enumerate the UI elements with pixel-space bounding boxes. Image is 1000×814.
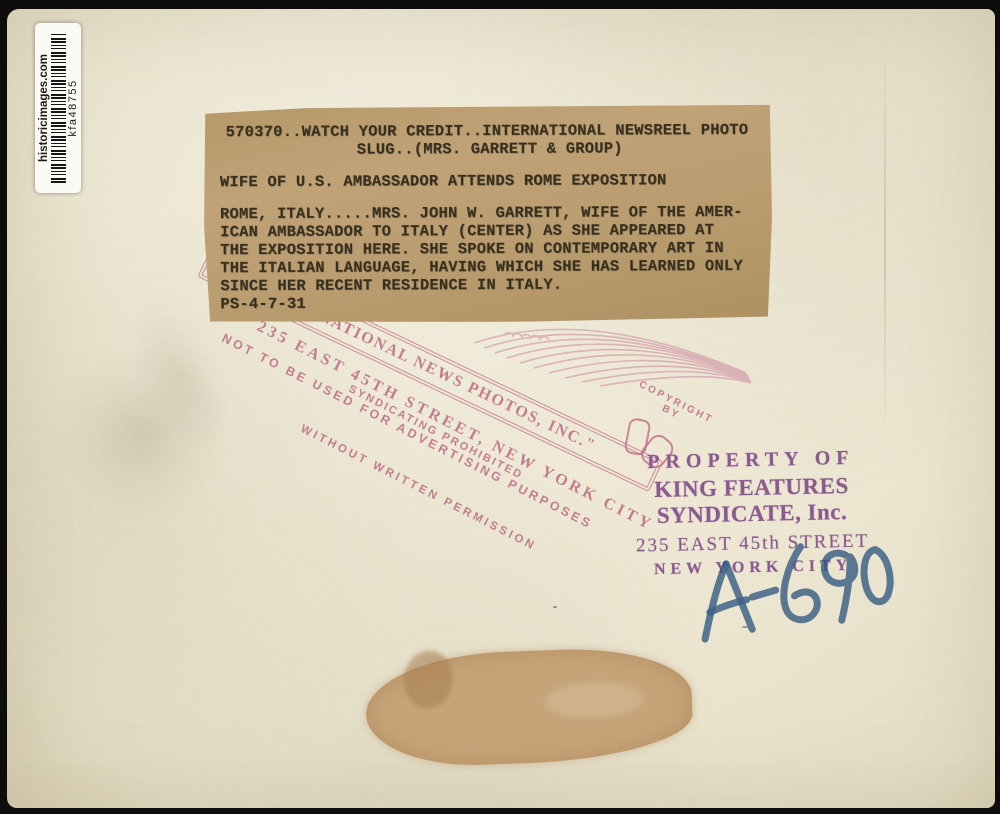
caption-body-line: THE EXPOSITION HERE. SHE SPOKE ON CONTEM… — [220, 239, 760, 259]
caption-body-line: ICAN AMBASSADOR TO ITALY (CENTER) AS SHE… — [220, 221, 760, 241]
barcode — [51, 33, 66, 183]
archive-photo-id: kfa48755 — [67, 79, 79, 136]
company-line: KING FEATURES SYNDICATE, Inc. — [593, 472, 910, 531]
photo-back-scan: INTERNATIONAL NEWS PHOTOS, INC." COPYRIG… — [0, 0, 1000, 814]
caption-headline: WIFE OF U.S. AMBASSADOR ATTENDS ROME EXP… — [220, 171, 760, 191]
caption-date-code: PS-4-7-31 — [220, 293, 760, 313]
caption-body-line: SINCE HER RECENT RESIDENCE IN ITALY. — [220, 275, 760, 295]
caption-body-line: THE ITALIAN LANGUAGE, HAVING WHICH SHE H… — [220, 257, 760, 277]
paper-speck — [553, 606, 557, 608]
paper-crease — [884, 40, 886, 440]
caption-body-line: ROME, ITALY.....MRS. JOHN W. GARRETT, WI… — [220, 203, 760, 223]
caption-credit-line: 570370..WATCH YOUR CREDIT..INTERNATIONAL… — [220, 121, 760, 141]
archive-barcode-label: historicimages.com kfa48755 — [35, 23, 81, 193]
caption-label: 570370..WATCH YOUR CREDIT..INTERNATIONAL… — [204, 105, 773, 323]
caption-slug-line: SLUG..(MRS. GARRETT & GROUP) — [220, 139, 760, 159]
archive-site-text: historicimages.com — [38, 54, 50, 162]
